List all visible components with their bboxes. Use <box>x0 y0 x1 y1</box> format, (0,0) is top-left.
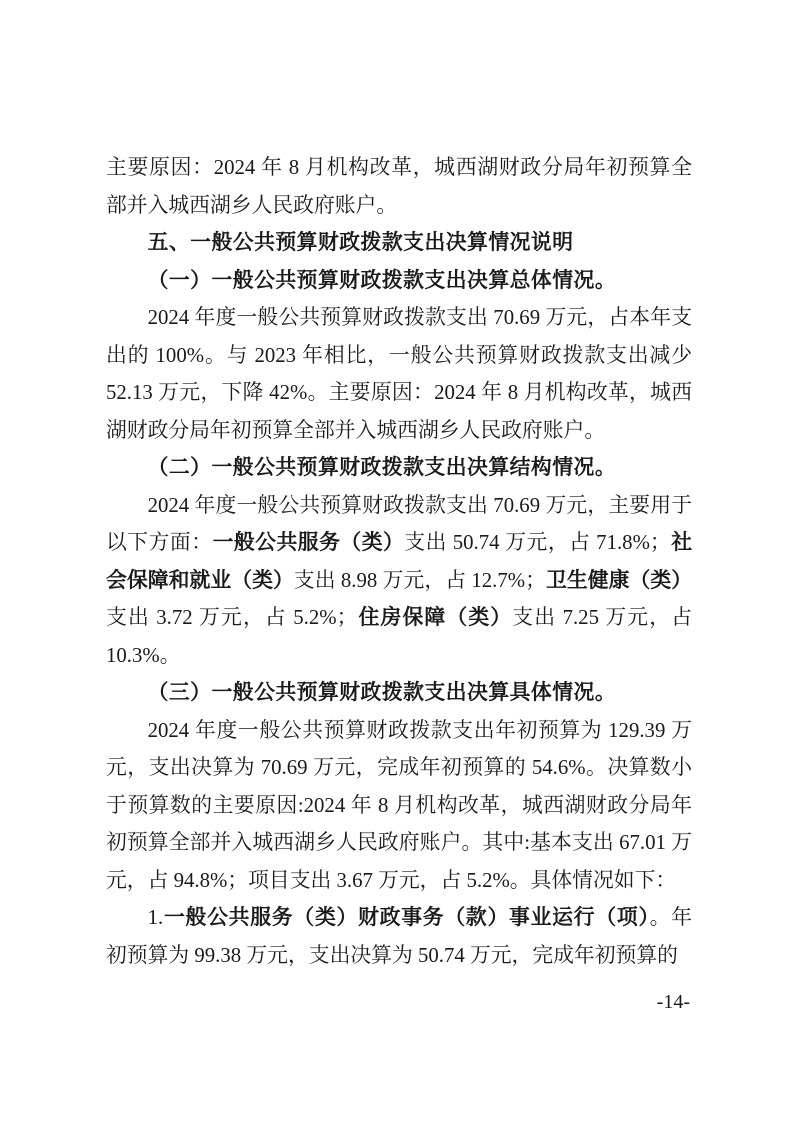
section-heading: 五、一般公共预算财政拨款支出决算情况说明 <box>106 224 692 262</box>
text-run: 支出 8.98 万元，占 12.7%； <box>294 569 546 592</box>
bold-text-run: 住房保障（类） <box>357 606 512 629</box>
text-run: 1. <box>148 906 164 929</box>
paragraph: 主要原因：2024 年 8 月机构改革，城西湖财政分局年初预算全部并入城西湖乡人… <box>106 149 692 224</box>
bold-text-run: 五、一般公共预算财政拨款支出决算情况说明 <box>148 231 574 254</box>
paragraph: 1.一般公共服务（类）财政事务（款）事业运行（项）。年初预算为 99.38 万元… <box>106 899 692 974</box>
paragraph: 2024 年度一般公共预算财政拨款支出 70.69 万元，占本年支出的 100%… <box>106 299 692 449</box>
section-heading: （三）一般公共预算财政拨款支出决算具体情况。 <box>106 674 692 712</box>
text-run: 2024 年度一般公共预算财政拨款支出年初预算为 129.39 万元，支出决算为… <box>106 719 692 892</box>
text-run: 支出 50.74 万元，占 71.8%； <box>404 531 670 554</box>
section-heading: （一）一般公共预算财政拨款支出决算总体情况。 <box>106 262 692 300</box>
bold-text-run: （一）一般公共预算财政拨款支出决算总体情况。 <box>148 269 617 292</box>
document-body: 主要原因：2024 年 8 月机构改革，城西湖财政分局年初预算全部并入城西湖乡人… <box>106 149 692 974</box>
text-run: 支出 3.72 万元，占 5.2%； <box>106 606 357 629</box>
bold-text-run: 卫生健康（类） <box>546 569 692 592</box>
paragraph: 2024 年度一般公共预算财政拨款支出 70.69 万元，主要用于以下方面：一般… <box>106 487 692 675</box>
bold-text-run: （二）一般公共预算财政拨款支出决算结构情况。 <box>148 456 617 479</box>
text-run: 2024 年度一般公共预算财政拨款支出 70.69 万元，占本年支出的 100%… <box>106 306 692 442</box>
bold-text-run: 一般公共服务（类）财政事务（款）事业运行（项） <box>163 906 649 929</box>
document-page: 主要原因：2024 年 8 月机构改革，城西湖财政分局年初预算全部并入城西湖乡人… <box>0 0 793 1122</box>
text-run: 主要原因：2024 年 8 月机构改革，城西湖财政分局年初预算全部并入城西湖乡人… <box>106 156 692 217</box>
page-number: -14- <box>657 990 690 1014</box>
bold-text-run: 一般公共服务（类） <box>213 531 405 554</box>
paragraph: 2024 年度一般公共预算财政拨款支出年初预算为 129.39 万元，支出决算为… <box>106 712 692 900</box>
bold-text-run: （三）一般公共预算财政拨款支出决算具体情况。 <box>148 681 617 704</box>
section-heading: （二）一般公共预算财政拨款支出决算结构情况。 <box>106 449 692 487</box>
